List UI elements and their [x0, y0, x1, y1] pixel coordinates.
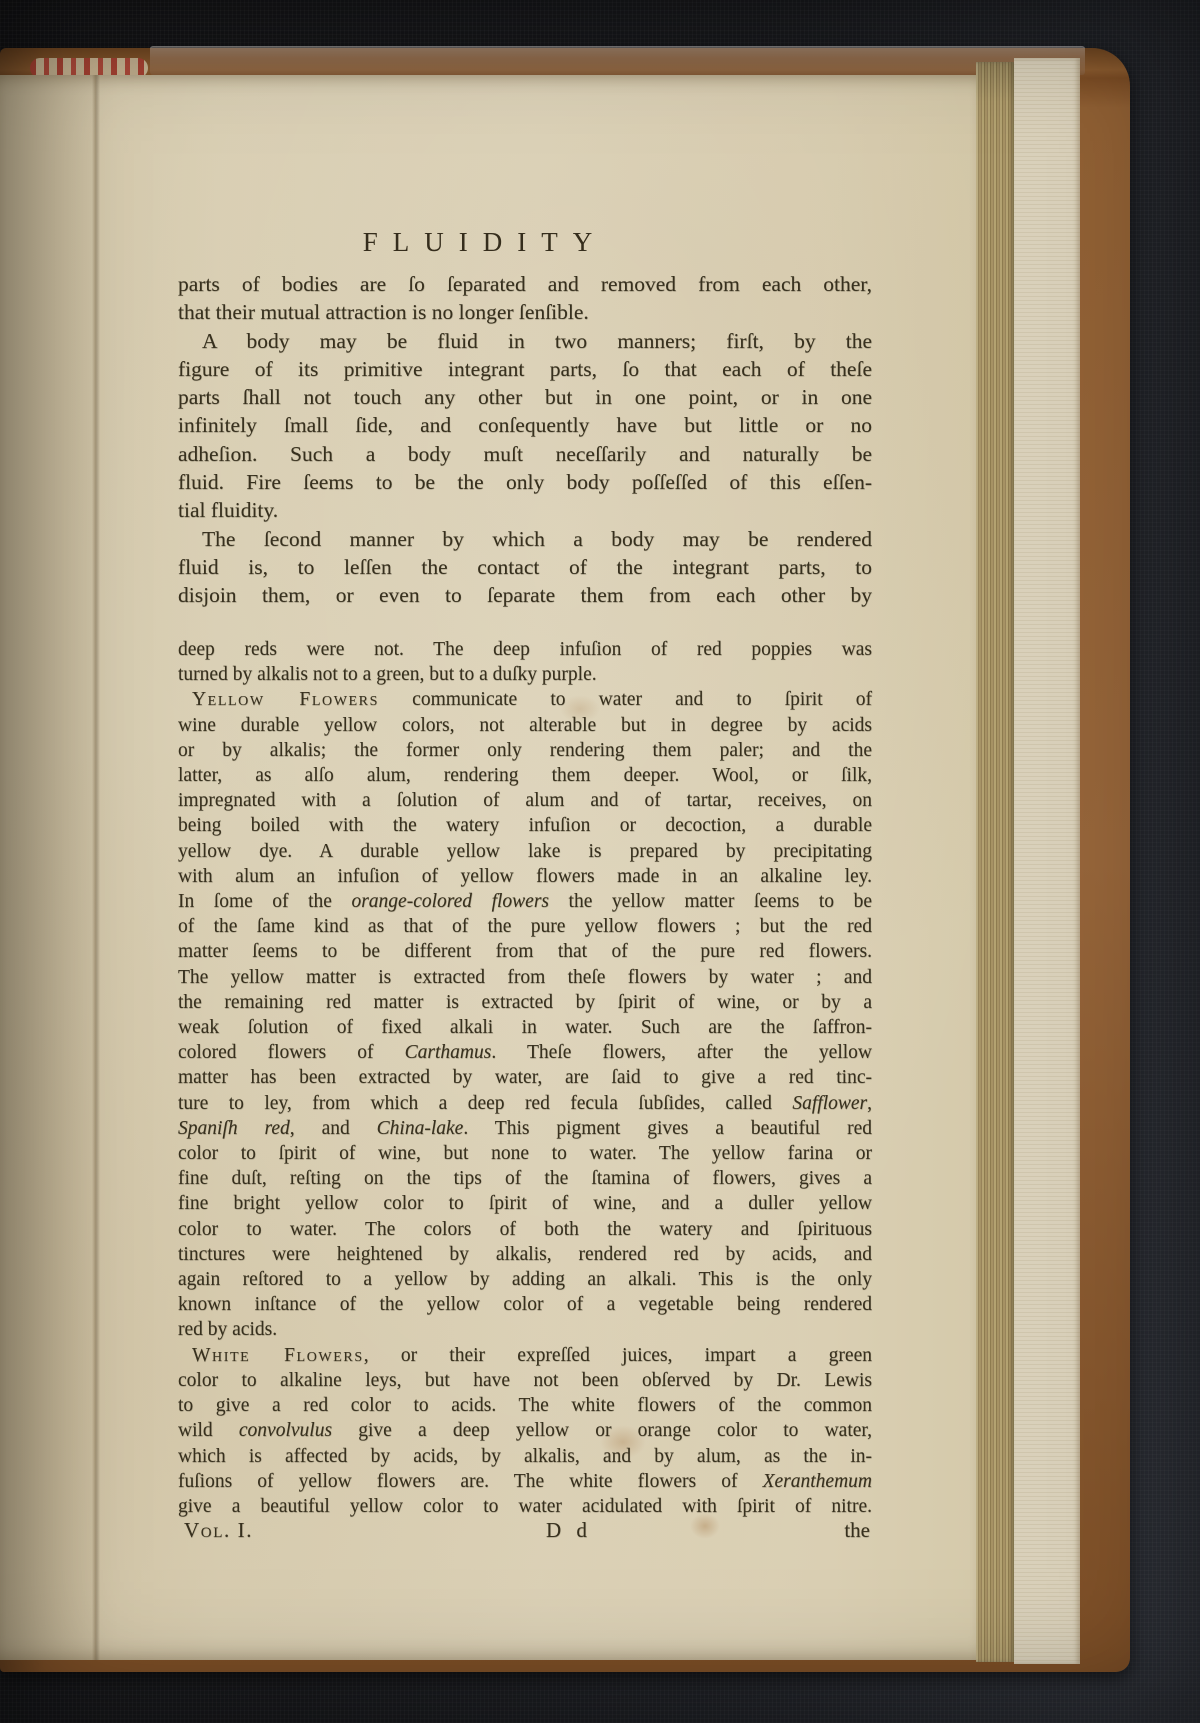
text-line: that their mutual attraction is no longe… — [178, 298, 872, 326]
text-line: fine duſt, reſting on the tips of the ſt… — [178, 1166, 872, 1191]
text-line: latter, as alſo alum, rendering them dee… — [178, 763, 872, 788]
text-line: weak ſolution of fixed alkali in water. … — [178, 1015, 872, 1040]
paragraph: Yellow Flowers communicate to water and … — [178, 687, 872, 1342]
text-line: deep reds were not. The deep infuſion of… — [178, 637, 872, 662]
paragraph: deep reds were not. The deep infuſion of… — [178, 637, 872, 687]
text-line: yellow dye. A durable yellow lake is pre… — [178, 839, 872, 864]
endpaper — [1014, 58, 1080, 1664]
text-line: known inſtance of the yellow color of a … — [178, 1292, 872, 1317]
text-line: tinctures were heightened by alkalis, re… — [178, 1242, 872, 1267]
text-line: color to alkaline leys, but have not bee… — [178, 1368, 872, 1393]
text-line: White Flowers, or their expreſſed juices… — [178, 1343, 872, 1368]
text-line: fuſions of yellow flowers are. The white… — [178, 1469, 872, 1494]
text-line: the remaining red matter is extracted by… — [178, 990, 872, 1015]
text-line: adheſion. Such a body muſt neceſſarily a… — [178, 440, 872, 468]
book-photograph: FLUIDITY parts of bodies are ſo ſeparate… — [0, 0, 1200, 1723]
signature-mark: D d — [546, 1518, 592, 1543]
text-line: A body may be fluid in two manners; firſ… — [178, 327, 872, 355]
text-line: give a beautiful yellow color to water a… — [178, 1494, 872, 1519]
text-block-flower-colors: deep reds were not. The deep infuſion of… — [178, 637, 872, 1519]
text-line: In ſome of the orange-colored flowers th… — [178, 889, 872, 914]
catchword: the — [844, 1518, 870, 1543]
text-line: Yellow Flowers communicate to water and … — [178, 687, 872, 712]
tape-strip — [150, 46, 1085, 75]
text-line: The yellow matter is extracted from theſ… — [178, 965, 872, 990]
page-title: FLUIDITY — [178, 227, 792, 258]
paragraph: White Flowers, or their expreſſed juices… — [178, 1343, 872, 1519]
text-line: fluid is, to leſſen the contact of the i… — [178, 553, 872, 581]
text-line: impregnated with a ſolution of alum and … — [178, 788, 872, 813]
paragraph: The ſecond manner by which a body may be… — [178, 525, 872, 610]
text-line: to give a red color to acids. The white … — [178, 1393, 872, 1418]
text-line: of the ſame kind as that of the pure yel… — [178, 914, 872, 939]
fore-edge-pages — [976, 62, 1014, 1662]
text-line: Spaniſh red, and China-lake. This pigmen… — [178, 1116, 872, 1141]
text-line: The ſecond manner by which a body may be… — [178, 525, 872, 553]
text-line: fluid. Fire ſeems to be the only body po… — [178, 468, 872, 496]
text-line: color to ſpirit of wine, but none to wat… — [178, 1141, 872, 1166]
book-page: FLUIDITY parts of bodies are ſo ſeparate… — [0, 75, 976, 1660]
text-line: or by alkalis; the former only rendering… — [178, 738, 872, 763]
paragraph: parts of bodies are ſo ſeparated and rem… — [178, 270, 872, 327]
page-footer: Vol. I. D d the — [178, 1518, 872, 1546]
text-line: which is affected by acids, by alkalis, … — [178, 1444, 872, 1469]
text-line: with alum an infuſion of yellow flowers … — [178, 864, 872, 889]
text-line: parts of bodies are ſo ſeparated and rem… — [178, 270, 872, 298]
text-line: wild convolvulus give a deep yellow or o… — [178, 1418, 872, 1443]
text-line: again reſtored to a yellow by adding an … — [178, 1267, 872, 1292]
paragraph: A body may be fluid in two manners; firſ… — [178, 327, 872, 525]
text-line: infinitely ſmall ſide, and conſequently … — [178, 411, 872, 439]
text-line: being boiled with the watery infuſion or… — [178, 813, 872, 838]
text-line: disjoin them, or even to ſeparate them f… — [178, 581, 872, 609]
text-line: red by acids. — [178, 1317, 872, 1342]
text-line: parts ſhall not touch any other but in o… — [178, 383, 872, 411]
text-line: matter ſeems to be different from that o… — [178, 939, 872, 964]
text-line: ture to ley, from which a deep red fecul… — [178, 1091, 872, 1116]
text-line: tial fluidity. — [178, 496, 872, 524]
text-block-fluidity: parts of bodies are ſo ſeparated and rem… — [178, 270, 872, 610]
text-line: matter has been extracted by water, are … — [178, 1065, 872, 1090]
text-line: turned by alkalis not to a green, but to… — [178, 662, 872, 687]
text-line: color to water. The colors of both the w… — [178, 1217, 872, 1242]
page-crease — [92, 75, 100, 1660]
gutter-shadow — [0, 75, 96, 1660]
text-line: fine bright yellow color to ſpirit of wi… — [178, 1191, 872, 1216]
text-line: figure of its primitive integrant parts,… — [178, 355, 872, 383]
text-line: colored flowers of Carthamus. Theſe flow… — [178, 1040, 872, 1065]
text-line: wine durable yellow colors, not alterabl… — [178, 713, 872, 738]
volume-label: Vol. I. — [184, 1518, 253, 1543]
